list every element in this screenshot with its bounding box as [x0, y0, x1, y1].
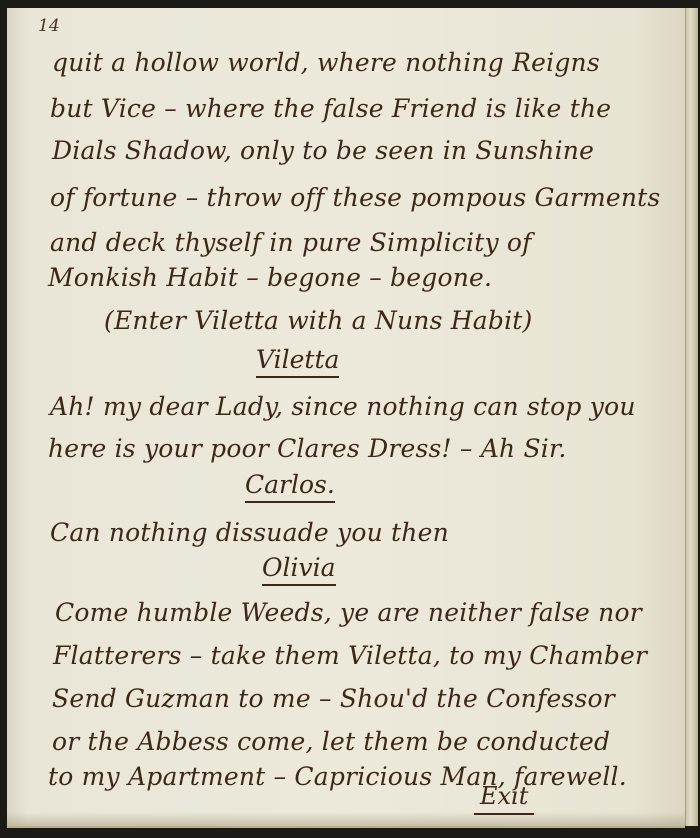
speech-line: Can nothing dissuade you then [50, 518, 449, 547]
text-line: of fortune – throw off these pompous Gar… [50, 183, 660, 212]
speech-line: or the Abbess come, let them be conducte… [52, 727, 610, 756]
text-line: Monkish Habit – begone – begone. [48, 263, 492, 292]
page-shadow [7, 812, 685, 826]
speaker-name: Viletta [256, 345, 339, 378]
speech-line: Send Guzman to me – Shou'd the Confessor [52, 684, 615, 713]
page-number: 14 [38, 16, 60, 36]
text-line: quit a hollow world, where nothing Reign… [52, 48, 600, 77]
speech-line: Come humble Weeds, ye are neither false … [55, 598, 642, 627]
speech-line: here is your poor Clares Dress! – Ah Sir… [48, 434, 567, 463]
speech-line: to my Apartment – Capricious Man, farewe… [48, 762, 627, 791]
text-line: Dials Shadow, only to be seen in Sunshin… [52, 136, 594, 165]
text-line: and deck thyself in pure Simplicity of [50, 228, 532, 257]
stage-direction: (Enter Viletta with a Nuns Habit) [104, 306, 533, 335]
page-edge [685, 8, 698, 826]
exit-direction: Exit [474, 782, 534, 815]
speech-line: Ah! my dear Lady, since nothing can stop… [50, 392, 636, 421]
text-line: but Vice – where the false Friend is lik… [50, 94, 611, 123]
speaker-name: Carlos. [245, 470, 335, 503]
speech-line: Flatterers – take them Viletta, to my Ch… [53, 641, 647, 670]
speaker-name: Olivia [262, 553, 336, 586]
